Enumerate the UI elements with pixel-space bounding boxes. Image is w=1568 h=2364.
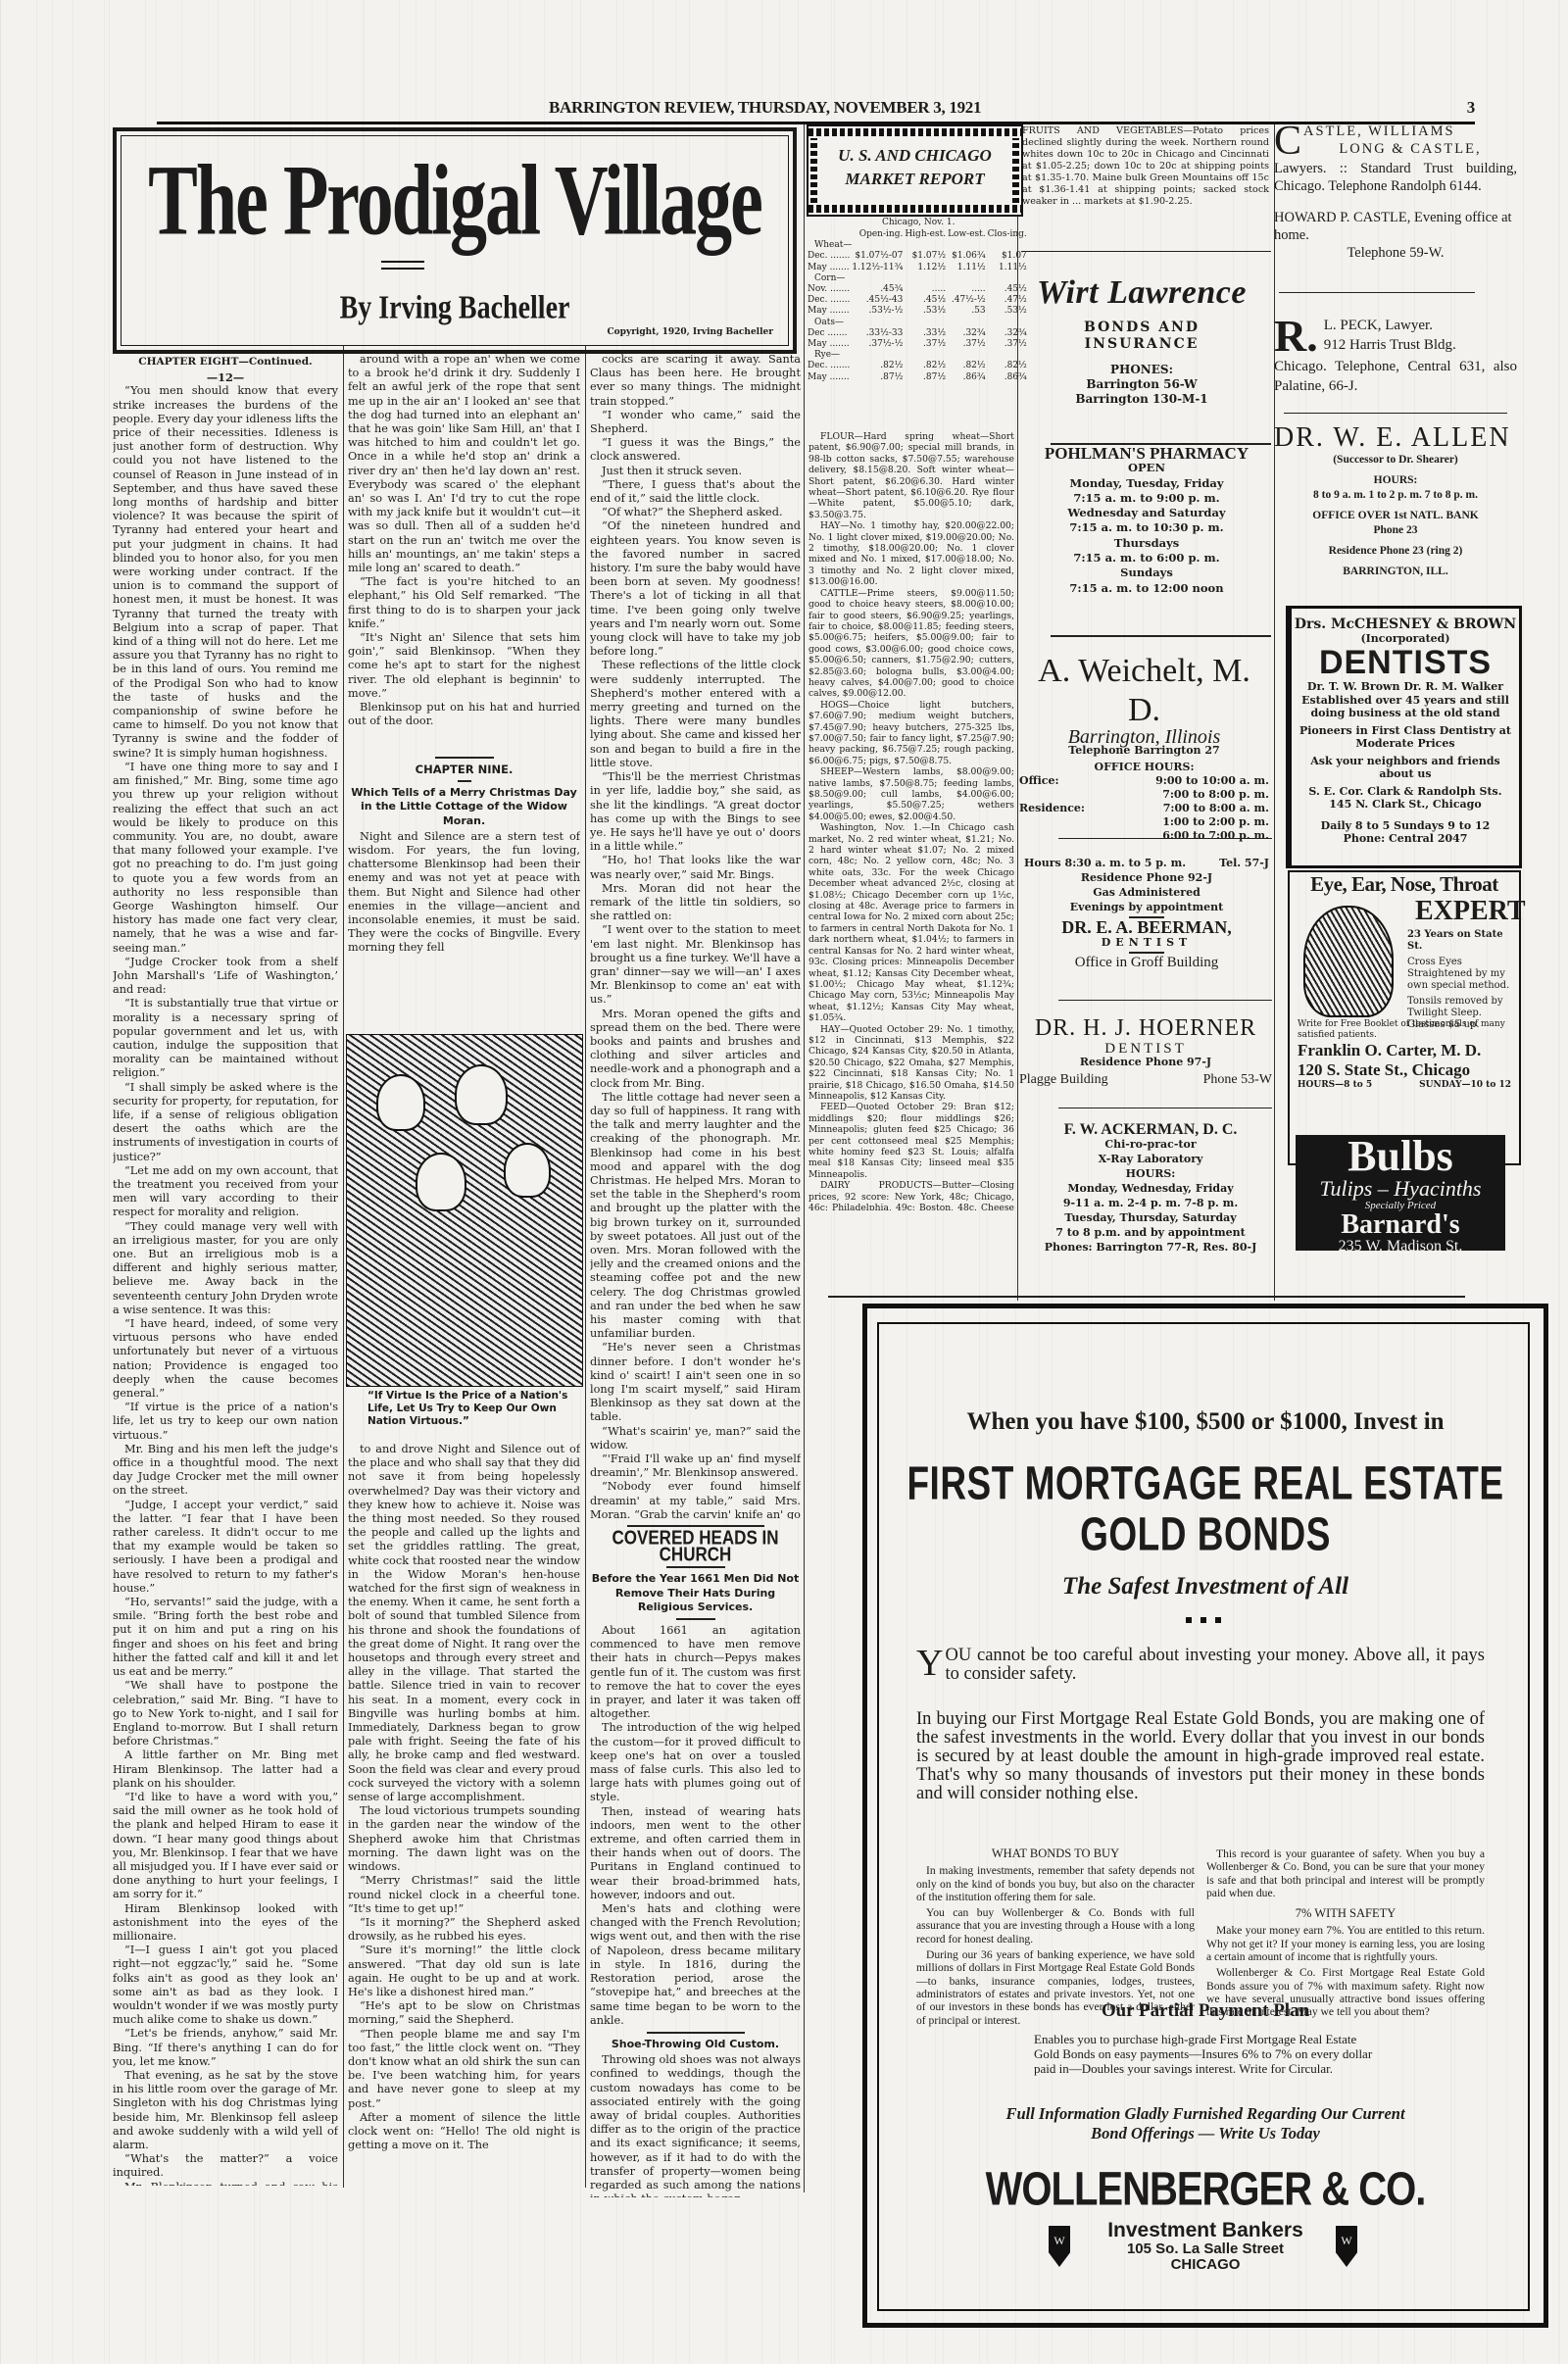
paragraph: Hiram Blenkinsop looked with astonishmen… — [113, 1902, 338, 1945]
serial-title: The Prodigal Village — [117, 144, 793, 259]
paragraph: A little farther on Mr. Bing met Hiram B… — [113, 1748, 338, 1791]
table-header: Open-ing.High-est.Low-est.Clos-ing. — [807, 229, 1028, 240]
divider — [1279, 292, 1475, 293]
ad-wirt-lawrence: Wirt Lawrence BONDS ANDINSURANCE PHONES:… — [1019, 274, 1264, 407]
paragraph: “It's Night an' Silence that sets him go… — [348, 631, 580, 701]
paragraph: “Then people blame me and say I'm too fa… — [348, 2028, 580, 2111]
paragraph: About 1661 an agitation commenced to hav… — [590, 1624, 801, 1721]
market-title-2: MARKET REPORT — [808, 170, 1021, 189]
market-text: FLOUR—Hard spring wheat—Short patent, $6… — [808, 431, 1014, 1210]
ad-line: Wednesday and Saturday — [1024, 506, 1269, 520]
paragraph: These reflections of the little clock we… — [590, 659, 801, 770]
paragraph: SHEEP—Western lambs, $8.00@9.00; native … — [808, 766, 1014, 822]
ad-ackerman: F. W. ACKERMAN, D. C. Chi-ro-prac-tor X-… — [1024, 1122, 1277, 1255]
ad-line: Monday, Tuesday, Friday — [1024, 476, 1269, 491]
ad-line: 7:15 a. m. to 6:00 p. m. — [1024, 551, 1269, 566]
paragraph: “We shall have to postpone the celebrati… — [113, 1679, 338, 1748]
story-column-3: cocks are scaring it away. Santa Claus h… — [590, 353, 801, 1519]
market-title-1: U. S. AND CHICAGO — [808, 146, 1021, 166]
table-row: May ........87½.87½.86¾.86¾ — [807, 372, 1028, 383]
ad-wollenberger: When you have $100, $500 or $1000, Inves… — [862, 1304, 1548, 2328]
divider — [1051, 635, 1271, 637]
serial-copyright: Copyright, 1920, Irving Bacheller — [608, 327, 774, 337]
paragraph: In making investments, remember that saf… — [916, 1864, 1195, 1903]
paragraph: “This'll be the merriest Christmas in ye… — [590, 770, 801, 854]
masthead: BARRINGTON REVIEW, THURSDAY, NOVEMBER 3,… — [157, 98, 1475, 120]
paragraph: “Of what?” the Shepherd asked. — [590, 506, 801, 519]
chapter-continued: CHAPTER EIGHT—Continued. — [113, 355, 338, 369]
illustration-figure — [455, 1064, 508, 1125]
paragraph: Make your money earn 7%. You are entitle… — [1206, 1924, 1485, 1963]
market-place: Chicago, Nov. 1. — [882, 218, 955, 227]
table-row: May ........37½-½.37½.37½.37½ — [807, 339, 1028, 350]
paragraph: Mrs. Moran did not hear the remark of th… — [590, 882, 801, 924]
paragraph: “I have heard, indeed, of some very virt… — [113, 1317, 338, 1401]
chapter-nine-heading: CHAPTER NINE. — [348, 763, 580, 776]
article-subhead: Shoe-Throwing Old Custom. — [590, 2038, 801, 2051]
market-report-box: U. S. AND CHICAGO MARKET REPORT — [807, 124, 1023, 217]
paragraph: “Of the nineteen hundred and eighteen ye… — [590, 519, 801, 659]
serial-byline: By Irving Bacheller — [117, 290, 793, 327]
table-group: Corn— — [807, 273, 1028, 284]
paragraph: “Let's be friends, anyhow,” said Mr. Bin… — [113, 2027, 338, 2069]
paragraph: FLOUR—Hard spring wheat—Short patent, $6… — [808, 431, 1014, 520]
paragraph: around with a rope an' when we come to a… — [348, 353, 580, 575]
ad-hoerner: DR. H. J. HOERNER DENTIST Residence Phon… — [1019, 1014, 1272, 1087]
table-group: Wheat— — [807, 240, 1028, 251]
paragraph: Mr. Bing and his men left the judge's of… — [113, 1443, 338, 1499]
table-group: Oats— — [807, 318, 1028, 328]
paragraph: “Merry Christmas!” said the little round… — [348, 1874, 580, 1916]
illustration-figure — [504, 1143, 551, 1198]
column-rule — [585, 345, 586, 2188]
paragraph: After a moment of silence the little clo… — [348, 2111, 580, 2153]
article-covered-heads: COVERED HEADS IN CHURCH Before the Year … — [590, 1521, 801, 2197]
table-row: Dec. ........82½.82½.82½.82½ — [807, 361, 1028, 371]
illustration-figure — [416, 1153, 466, 1211]
paragraph: “You men should know that every strike i… — [113, 384, 338, 760]
chapter-nine-opening: CHAPTER NINE. Which Tells of a Merry Chr… — [348, 753, 580, 1032]
table-row: May .......1.12½-11¾1.12½1.11½1.11½ — [807, 263, 1028, 273]
ad-pohlmans-pharmacy: POHLMAN'S PHARMACY OPEN Monday, Tuesday,… — [1024, 446, 1269, 596]
paragraph: “I shall simply be asked where is the se… — [113, 1081, 338, 1164]
paragraph: Men's hats and clothing were changed wit… — [590, 1902, 801, 2028]
paragraph: “They could manage very well with an irr… — [113, 1220, 338, 1317]
paragraph: “I guess it was the Bings,” the clock an… — [590, 436, 801, 464]
ad-beerman: Hours 8:30 a. m. to 5 p. m.Tel. 57-J Res… — [1024, 856, 1269, 970]
paragraph: That evening, as he sat by the stove in … — [113, 2069, 338, 2152]
paragraph: “Judge Crocker took from a shelf John Ma… — [113, 956, 338, 998]
paragraph: “Is it morning?” the Shepherd asked drow… — [348, 1916, 580, 1944]
divider — [1021, 251, 1271, 252]
ad-weichelt: A. Weichelt, M. D. Barrington, Illinois … — [1019, 652, 1269, 843]
ad-line: 7:15 a. m. to 9:00 p. m. — [1024, 491, 1269, 506]
illustration-caption: “If Virtue Is the Price of a Nation's Li… — [367, 1390, 588, 1428]
paragraph: to and drove Night and Silence out of th… — [348, 1443, 580, 1804]
table-row: Dec. .......$1.07½-07$1.07½$1.06¾$1.07 — [807, 251, 1028, 262]
ad-peck: R. L. PECK, Lawyer. 912 Harris Trust Bld… — [1274, 316, 1517, 396]
story-column-2-top: around with a rope an' when we come to a… — [348, 353, 580, 745]
paragraph: “I wonder who came,” said the Shepherd. — [590, 409, 801, 436]
paragraph: CATTLE—Prime steers, $9.00@11.50; good t… — [808, 588, 1014, 700]
ad-barnards-bulbs: Bulbs Tulips – Hyacinths Specially Price… — [1296, 1135, 1505, 1251]
paragraph: Washington, Nov. 1.—In Chicago cash mark… — [808, 822, 1014, 1023]
paragraph: Night and Silence are a stern test of wi… — [348, 830, 580, 956]
paragraph: HAY—Quoted October 29: No. 1 timothy, $1… — [808, 1024, 1014, 1103]
paragraph: cocks are scaring it away. Santa Claus h… — [590, 353, 801, 409]
divider — [1058, 838, 1272, 839]
paragraph: You can buy Wollenberger & Co. Bonds wit… — [916, 1906, 1195, 1945]
ad-castle-williams: C ASTLE, WILLIAMS LONG & CASTLE, Lawyers… — [1274, 123, 1517, 262]
table-row: Nov. ........45¾...........45½ — [807, 284, 1028, 295]
ornament — [1186, 1617, 1225, 1623]
paragraph: “The fact is you're hitched to an elepha… — [348, 575, 580, 631]
page-number: 3 — [1467, 98, 1475, 118]
paragraph: FEED—Quoted October 29: Bran $12; middli… — [808, 1102, 1014, 1180]
paragraph: “Ho, ho! That looks like the war was nea… — [590, 854, 801, 881]
article-deck: Before the Year 1661 Men Did Not Remove … — [590, 1572, 801, 1614]
paragraph: “What's the matter?” a voice inquired. — [113, 2152, 338, 2180]
table-row: May ........53½-½.53½.53.53½ — [807, 306, 1028, 317]
story-column-2-bottom: to and drove Night and Silence out of th… — [348, 1443, 580, 2188]
ad-allen: DR. W. E. ALLEN (Successor to Dr. Sheare… — [1274, 423, 1517, 579]
paragraph: “If virtue is the price of a nation's li… — [113, 1401, 338, 1443]
paragraph: Mr. Blenkinsop turned and saw his Old Se… — [113, 2181, 338, 2186]
paragraph: Blenkinsop put on his hat and hurried ou… — [348, 701, 580, 728]
paragraph: “He's apt to be slow on Christmas mornin… — [348, 1999, 580, 2027]
paragraph: “Nobody ever found himself dreamin' at m… — [590, 1480, 801, 1519]
paragraph: “It is substantially true that virtue or… — [113, 997, 338, 1080]
ad-line: 7:15 a. m. to 10:30 p. m. — [1024, 520, 1269, 535]
masthead-title: BARRINGTON REVIEW, THURSDAY, NOVEMBER 3,… — [549, 98, 981, 118]
paragraph: “I went over to the station to meet 'em … — [590, 923, 801, 1007]
paragraph: “Judge, I accept your verdict,” said the… — [113, 1499, 338, 1596]
table-row: Dec. ........45½-43.45½.47½-½.47½ — [807, 295, 1028, 306]
paragraph: DAIRY PRODUCTS—Butter—Closing prices, 92… — [808, 1180, 1014, 1210]
paragraph: “What's scairin' ye, man?” said the wido… — [590, 1425, 801, 1453]
title-ornament — [381, 261, 424, 270]
chapter-nine-subhead: Which Tells of a Merry Christmas Day in … — [348, 786, 580, 828]
paragraph: “He's never seen a Christmas dinner befo… — [590, 1341, 801, 1424]
paragraph: “I—I guess I ain't got you placed right—… — [113, 1944, 338, 2027]
serial-title-box: The Prodigal Village By Irving Bacheller… — [113, 127, 797, 354]
column-rule — [343, 345, 344, 2188]
divider — [1284, 413, 1507, 414]
ad-line: Thursdays — [1024, 536, 1269, 551]
paragraph: HOGS—Choice light butchers, $7.60@7.90; … — [808, 700, 1014, 766]
ad-line: 7:15 a. m. to 12:00 noon — [1024, 581, 1269, 596]
table-group: Rye— — [807, 350, 1028, 361]
paragraph: Just then it struck seven. — [590, 465, 801, 478]
table-row: Dec ........33½-33.33½.32¾.32¾ — [807, 328, 1028, 339]
paragraph: “I'd like to have a word with you,” said… — [113, 1791, 338, 1902]
paragraph: “Let me add on my own account, that the … — [113, 1164, 338, 1220]
grain-price-table: Open-ing.High-est.Low-est.Clos-ing.Wheat… — [807, 229, 1028, 383]
market-text-cont: FRUITS AND VEGETABLES—Potato prices decl… — [1022, 125, 1269, 253]
paragraph: “'Fraid I'll wake up an' find myself dre… — [590, 1453, 801, 1480]
paragraph: The little cottage had never seen a day … — [590, 1091, 801, 1342]
story-illustration — [346, 1034, 583, 1387]
divider — [1058, 1000, 1272, 1001]
divider — [828, 1296, 1465, 1298]
divider — [1058, 1108, 1272, 1108]
ad-franklin-carter: Eye, Ear, Nose, Throat EXPERT 23 Years o… — [1288, 870, 1521, 1165]
paragraph: “There, I guess that's about the end of … — [590, 478, 801, 506]
paragraph: Then, instead of wearing hats indoors, m… — [590, 1805, 801, 1902]
installment-number: —12— — [113, 370, 338, 384]
story-column-1: CHAPTER EIGHT—Continued. —12— “You men s… — [113, 353, 338, 2186]
paragraph: The loud victorious trumpets sounding in… — [348, 1804, 580, 1874]
paragraph: “I have one thing more to say and I am f… — [113, 761, 338, 956]
ad-line: Sundays — [1024, 566, 1269, 580]
paragraph: The introduction of the wig helped the c… — [590, 1721, 801, 1804]
illustration-figure — [376, 1074, 425, 1131]
paragraph: Mrs. Moran opened the gifts and spread t… — [590, 1008, 801, 1091]
portrait-illustration — [1303, 906, 1394, 1017]
column-rule — [804, 124, 805, 2192]
article-headline: COVERED HEADS IN CHURCH — [590, 1530, 801, 1563]
paragraph: HAY—No. 1 timothy hay, $20.00@22.00; No.… — [808, 520, 1014, 587]
paragraph: “Ho, servants!” said the judge, with a s… — [113, 1596, 338, 1679]
paragraph: Throwing old shoes was not always confin… — [590, 2053, 801, 2197]
ad-mcchesney-brown: Drs. McCHESNEY & BROWN (Incorporated) DE… — [1286, 606, 1522, 868]
paragraph: “Sure it's morning!” the little clock an… — [348, 1944, 580, 1999]
